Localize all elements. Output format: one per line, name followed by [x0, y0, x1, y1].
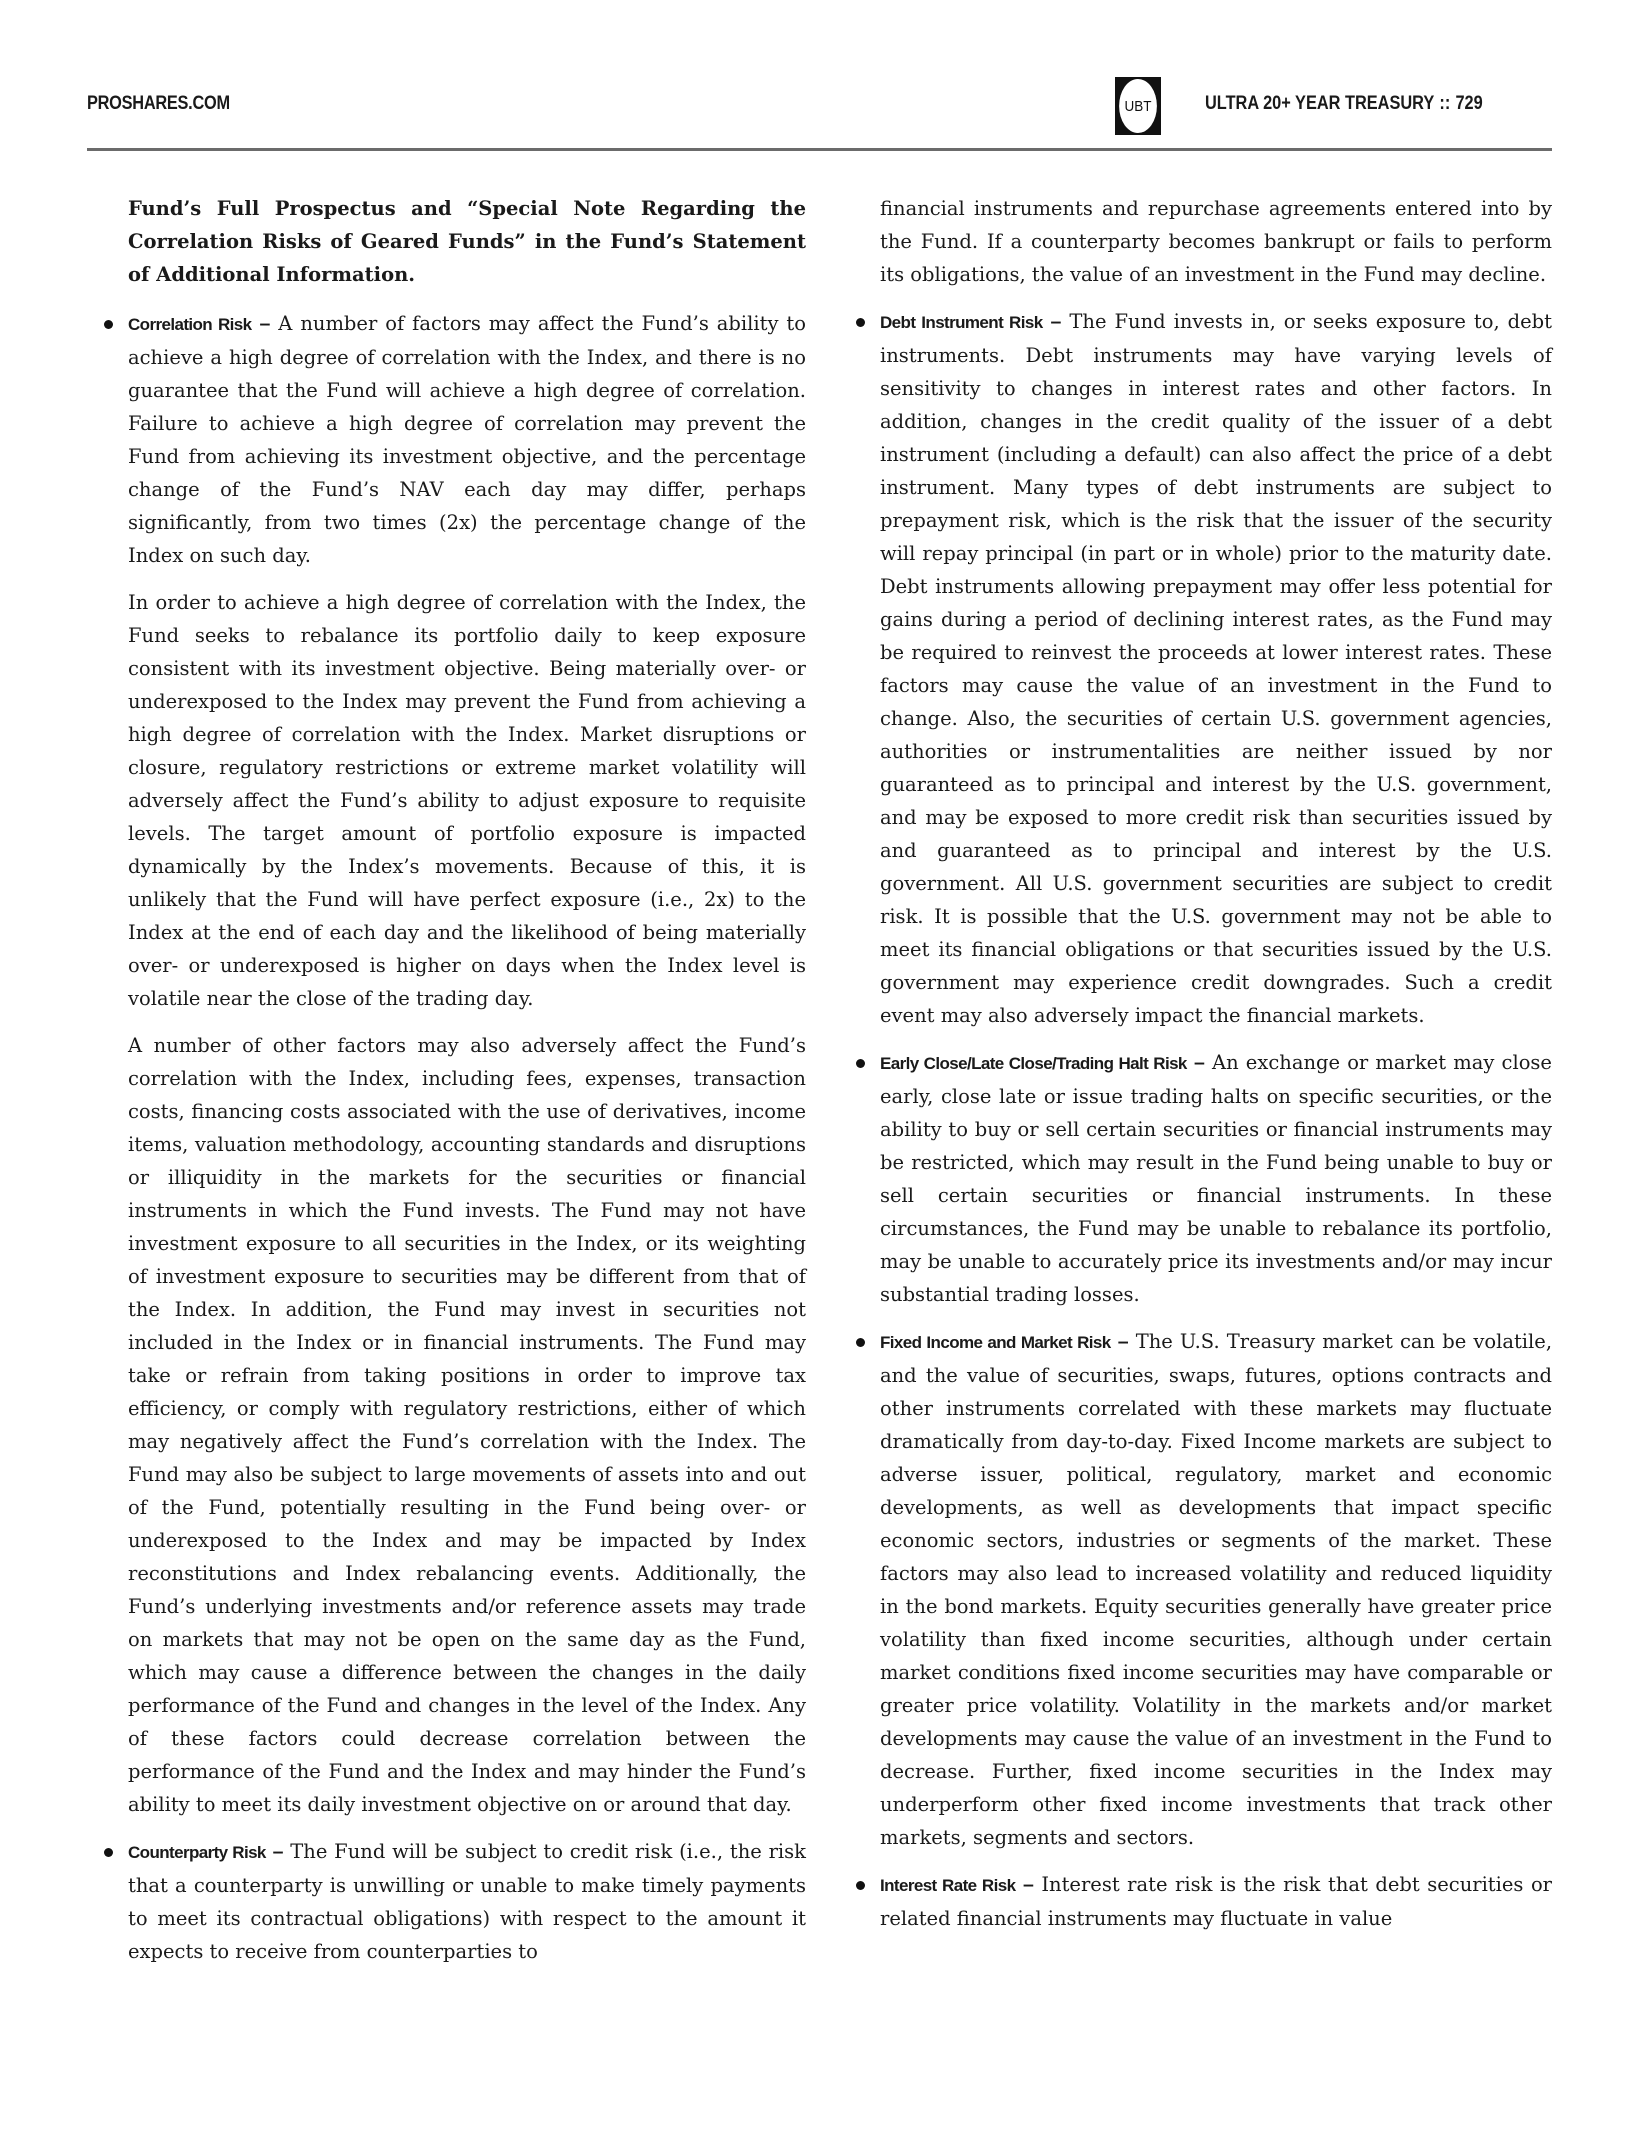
bullet-icon	[104, 320, 113, 329]
ticker-symbol: UBT	[1119, 79, 1157, 133]
bullet-icon	[856, 318, 865, 327]
risk-paragraph: Early Close/Late Close/Trading Halt Risk…	[880, 1046, 1552, 1311]
bullet-icon	[856, 1338, 865, 1347]
header-divider	[87, 148, 1552, 151]
fund-name: ULTRA 20+ YEAR TREASURY	[1205, 93, 1434, 114]
counterparty-continued: financial instruments and repurchase agr…	[880, 192, 1552, 291]
risk-body: An exchange or market may close early, c…	[880, 1051, 1552, 1306]
em-dash: –	[1051, 311, 1062, 333]
risk-title: Interest Rate Risk	[880, 1876, 1015, 1895]
page-header: PROSHARES.COM UBT ULTRA 20+ YEAR TREASUR…	[0, 0, 1650, 160]
em-dash: –	[1194, 1052, 1205, 1074]
risk-title: Counterparty Risk	[128, 1843, 266, 1862]
risk-title: Early Close/Late Close/Trading Halt Risk	[880, 1054, 1187, 1073]
bullet-icon	[856, 1059, 865, 1068]
bullet-icon	[856, 1881, 865, 1890]
risk-body: A number of factors may affect the Fund’…	[128, 312, 806, 567]
risk-body: The U.S. Treasury market can be volatile…	[880, 1330, 1552, 1849]
running-title: ULTRA 20+ YEAR TREASURY::729	[1205, 93, 1483, 115]
risk-paragraph: Fixed Income and Market Risk – The U.S. …	[880, 1325, 1552, 1854]
risk-item-interest-rate: Interest Rate Risk – Interest rate risk …	[880, 1868, 1552, 1935]
em-dash: –	[259, 313, 270, 335]
risk-paragraph: Correlation Risk – A number of factors m…	[128, 307, 806, 572]
risk-item-counterparty: Counterparty Risk – The Fund will be sub…	[128, 1835, 806, 1968]
lead-paragraph: Fund’s Full Prospectus and “Special Note…	[128, 192, 806, 291]
risk-item-fixed-income: Fixed Income and Market Risk – The U.S. …	[880, 1325, 1552, 1854]
left-column: Fund’s Full Prospectus and “Special Note…	[128, 192, 806, 1982]
risk-title: Fixed Income and Market Risk	[880, 1333, 1111, 1352]
risk-paragraph: Interest Rate Risk – Interest rate risk …	[880, 1868, 1552, 1935]
ticker-badge: UBT	[1115, 77, 1161, 135]
em-dash: –	[1118, 1331, 1129, 1353]
page-number: 729	[1455, 93, 1482, 114]
risk-paragraph: In order to achieve a high degree of cor…	[128, 586, 806, 1015]
bullet-icon	[104, 1848, 113, 1857]
title-separator: ::	[1439, 93, 1450, 114]
risk-body: The Fund invests in, or seeks exposure t…	[880, 310, 1552, 1027]
risk-title: Debt Instrument Risk	[880, 313, 1043, 332]
em-dash: –	[1023, 1874, 1034, 1896]
em-dash: –	[273, 1841, 284, 1863]
risk-paragraph: Debt Instrument Risk – The Fund invests …	[880, 305, 1552, 1032]
risk-paragraph: Counterparty Risk – The Fund will be sub…	[128, 1835, 806, 1968]
risk-item-early-close: Early Close/Late Close/Trading Halt Risk…	[880, 1046, 1552, 1311]
right-column: financial instruments and repurchase agr…	[880, 192, 1552, 1949]
risk-paragraph: A number of other factors may also adver…	[128, 1029, 806, 1821]
risk-item-correlation: Correlation Risk – A number of factors m…	[128, 307, 806, 1821]
risk-item-debt-instrument: Debt Instrument Risk – The Fund invests …	[880, 305, 1552, 1032]
risk-title: Correlation Risk	[128, 315, 251, 334]
site-name: PROSHARES.COM	[87, 93, 230, 115]
